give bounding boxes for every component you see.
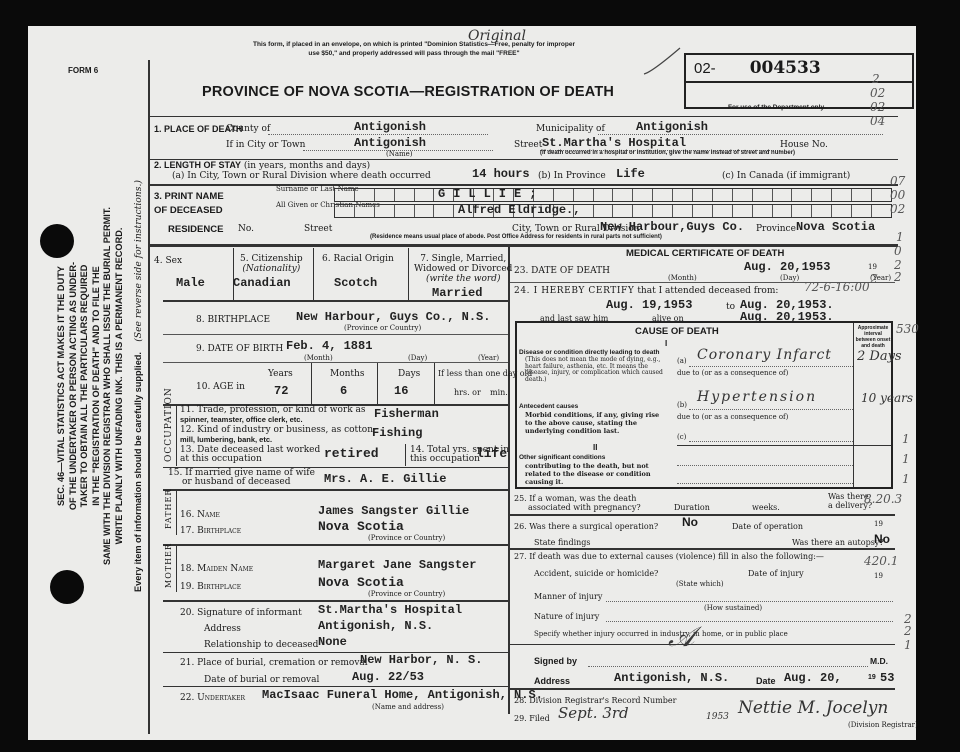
age-months-value: 6 — [340, 384, 347, 398]
residence-street-label: Street — [304, 224, 332, 234]
cause-b-value: Hypertension — [697, 389, 817, 405]
notice-line: IN THE "REGISTRATION OF DEATH" AND TO FI… — [91, 106, 103, 666]
spouse-label: 15. If married give name of wife or husb… — [168, 469, 315, 487]
margin-code: 02 — [870, 100, 885, 114]
margin-code: 1 — [902, 432, 910, 446]
notice-line: OF THE UNDERTAKER OR PERSON ACTING AS UN… — [68, 106, 80, 666]
father-birthplace-sub: (Province or Country) — [368, 534, 445, 542]
physician-signature: 𝒜 — [668, 620, 695, 654]
cause-a-line — [689, 366, 853, 367]
cell-divider — [233, 248, 234, 300]
antecedent-note: Morbid conditions, if any, giving rise t… — [525, 411, 667, 435]
notice-line: SEC. 46—VITAL STATISTICS ACT MAKES IT TH… — [56, 106, 68, 666]
citizenship-sub: (Nationality) — [240, 264, 303, 274]
dod-year-prefix: 19 — [868, 263, 877, 271]
surname-label: Surname or Last Name — [276, 186, 330, 193]
form-left-border — [148, 60, 150, 734]
divider — [148, 116, 898, 117]
given-names-label: All Given or Christian Names — [276, 202, 330, 209]
signature-date-value: Aug. 20, — [784, 671, 842, 685]
age-label: 10. AGE in — [196, 382, 245, 392]
hrs-label: hrs. or — [454, 388, 481, 397]
dob-value: Feb. 4, 1881 — [286, 339, 372, 353]
signature-address-label: Address — [534, 676, 570, 686]
divider — [163, 300, 508, 302]
burial-place-label: 21. Place of burial, cremation or remova… — [180, 658, 368, 668]
county-line — [268, 134, 488, 135]
residence-city-value: New Harbour,Guys Co. — [600, 220, 744, 234]
attended-from-value: Aug. 19,1953 — [606, 298, 692, 312]
stay-city-value: 14 hours — [472, 167, 530, 181]
surgical-operation-label: 26. Was there a surgical operation? — [514, 522, 658, 531]
informant-address-value: Antigonish, N.S. — [318, 619, 433, 633]
last-worked-label: 13. Date deceased last worked at this oc… — [180, 446, 320, 464]
cause-a-label: (a) — [677, 357, 687, 365]
marital-label-line: (write the word) — [414, 274, 512, 284]
burial-date-value: Aug. 22/53 — [352, 670, 424, 684]
length-of-stay-label: 2. LENGTH OF STAY — [154, 160, 241, 170]
occupation-section-label: OCCUPATION — [164, 387, 174, 462]
mother-maiden-label: 18. Maiden Name — [180, 564, 253, 574]
cause-of-death-box: CAUSE OF DEATH Approximate interval betw… — [515, 321, 893, 489]
operation-date-label: Date of operation — [732, 522, 803, 531]
margin-code: 07 — [890, 174, 905, 188]
cause-b-line — [689, 409, 853, 410]
duration-label: Duration — [674, 503, 710, 512]
racial-origin-label: 6. Racial Origin — [322, 254, 394, 264]
sex-label: 4. Sex — [154, 256, 182, 266]
divider — [148, 244, 898, 247]
marital-label-line: Widowed or Divorced — [414, 264, 512, 274]
house-no-label: House No. — [780, 140, 828, 150]
racial-origin-value: Scotch — [334, 276, 377, 290]
signature-date-label: Date — [756, 676, 776, 686]
residence-province-label: Province — [756, 224, 796, 234]
cause-b-label: (b) — [677, 401, 687, 409]
margin-code: 530 — [896, 322, 919, 336]
divider — [677, 445, 891, 446]
how-sustained-sub: (How sustained) — [704, 604, 762, 612]
divider — [163, 334, 508, 335]
external-causes-label: 27. If death was due to external causes … — [514, 552, 824, 561]
manner-line — [606, 601, 893, 602]
divider — [510, 688, 895, 690]
margin-code: 0 — [894, 244, 902, 258]
surname-value: GILLIE; — [438, 187, 544, 201]
antecedent-label: Antecedent causes — [519, 403, 578, 410]
envelope-notice-line: This form, if placed in an envelope, on … — [253, 40, 575, 49]
birthplace-sub: (Province or Country) — [344, 324, 421, 332]
cause-a-value: Coronary Infarct — [697, 347, 832, 363]
industry-label-line: 12. Kind of industry or business, as cot… — [180, 426, 376, 435]
margin-code: 2 — [872, 72, 880, 86]
certify-label: 24. I HEREBY CERTIFY that I attended dec… — [514, 286, 778, 296]
father-name-label: 16. Name — [180, 510, 220, 520]
filed-value: Sept. 3rd — [558, 704, 629, 722]
age-years-value: 72 — [274, 384, 288, 398]
marital-status-value: Married — [432, 286, 482, 300]
notice-instructions: (See reverse side for instructions.) — [133, 180, 144, 342]
county-value: Antigonish — [354, 120, 426, 134]
municipality-label: Municipality of — [536, 124, 605, 134]
stay-canada-label: (c) In Canada (if immigrant) — [722, 171, 850, 181]
injury-date-label: Date of injury — [748, 569, 804, 578]
father-name-value: James Sangster Gillie — [318, 504, 469, 518]
signed-by-label: Signed by — [534, 656, 577, 666]
margin-code: 02 — [890, 202, 905, 216]
county-label: County of — [226, 124, 270, 134]
registrar-sub: (Division Registrar) — [848, 721, 918, 729]
autopsy-label: Was there an autopsy? — [792, 538, 884, 547]
age-months-label: Months — [330, 369, 364, 379]
signature-address-value: Antigonish, N.S. — [614, 671, 729, 685]
father-birthplace-label: 17. Birthplace — [180, 526, 241, 536]
print-name-line: OF DECEASED — [154, 204, 224, 218]
print-name-line: 3. PRINT NAME — [154, 190, 224, 204]
spouse-label-line: or husband of deceased — [168, 478, 315, 487]
form-number: FORM 6 — [68, 66, 98, 75]
cell-divider — [405, 444, 406, 466]
residence-note: (Residence means usual place of abode. P… — [370, 234, 662, 240]
age-days-value: 16 — [394, 384, 408, 398]
md-label: M.D. — [870, 656, 888, 666]
last-worked-value: retired — [324, 446, 379, 461]
other-line-2 — [677, 483, 853, 484]
accident-label: Accident, suicide or homicide? — [534, 569, 658, 578]
street-note: (If death occurred in a hospital or inst… — [540, 150, 795, 156]
due-to-a-label: due to (or as a consequence of) — [677, 369, 788, 377]
filed-label: 29. Filed — [514, 714, 550, 723]
given-names-boxes — [334, 204, 892, 218]
city-sub-label: (Name) — [386, 150, 413, 158]
injury-place-label: Specify whether injury occurred in indus… — [534, 630, 788, 638]
signature-year-prefix: 19 — [868, 674, 876, 681]
other-conditions-note: contributing to the death, but not relat… — [525, 462, 667, 486]
divider — [148, 184, 898, 186]
municipality-line — [598, 134, 883, 135]
stay-province-value: Life — [616, 167, 645, 181]
cell-divider — [377, 363, 378, 405]
marital-status-label: 7. Single, Married, Widowed or Divorced … — [414, 254, 512, 284]
margin-code: 2 — [894, 270, 902, 284]
date-of-death-label: 23. DATE OF DEATH — [514, 266, 610, 276]
certify-label-text: that I attended deceased from: — [637, 286, 778, 296]
margin-code: 00 — [890, 188, 905, 202]
state-which-sub: (State which) — [676, 580, 724, 588]
spouse-value: Mrs. A. E. Gillie — [324, 472, 446, 486]
length-of-stay-note: (in years, months and days) — [244, 161, 370, 171]
department-only-label: For use of the Department only — [728, 104, 824, 111]
city-value: Antigonish — [354, 136, 426, 150]
sex-value: Male — [176, 276, 205, 290]
mother-maiden-value: Margaret Jane Sangster — [318, 558, 476, 572]
weeks-label: weeks. — [752, 503, 780, 512]
dob-label: 9. DATE OF BIRTH — [196, 344, 283, 354]
margin-code: 2 — [904, 624, 912, 638]
cause-c-line — [689, 441, 853, 442]
direct-cause-label: Disease or condition directly leading to… — [519, 349, 660, 356]
informant-signature-label: 20. Signature of informant — [180, 608, 302, 618]
section-i-label: I — [665, 339, 667, 348]
divider — [163, 489, 508, 491]
citizenship-label-text: 5. Citizenship — [240, 254, 303, 264]
signed-by-line — [588, 666, 868, 667]
pregnancy-label-line: associated with pregnancy? — [514, 503, 641, 512]
cell-divider — [313, 248, 314, 300]
notice-footer: Every item of information should be care… — [133, 352, 143, 592]
certify-label-bold: 24. I HEREBY CERTIFY — [514, 286, 634, 296]
given-names-value: Alfred Eldridge., — [458, 203, 580, 217]
divider — [163, 362, 508, 363]
cell-divider — [311, 363, 312, 405]
due-to-b-label: due to (or as a consequence of) — [677, 413, 788, 421]
section-divider — [176, 546, 177, 592]
mother-section-label: MOTHER — [164, 543, 173, 588]
dod-day-sub: (Day) — [780, 274, 799, 282]
registrar-signature: Nettie M. Jocelyn — [738, 698, 888, 718]
nature-of-injury-label: Nature of injury — [534, 612, 599, 621]
interval-header: Approximate interval between onset and d… — [855, 325, 891, 349]
residence-label: RESIDENCE — [168, 224, 223, 235]
margin-code: 420.1 — [864, 554, 898, 568]
divider — [163, 544, 508, 546]
margin-code: 1 — [904, 638, 912, 652]
notice-line: TAKER TO OBTAIN ALL THE PARTICULARS REQU… — [79, 106, 91, 666]
street-label: Street — [514, 140, 542, 150]
relationship-label: Relationship to deceased — [204, 640, 318, 650]
medical-certificate-title: MEDICAL CERTIFICATE OF DEATH — [626, 248, 784, 259]
margin-code: 1 — [896, 230, 904, 244]
last-worked-line: at this occupation — [180, 455, 320, 464]
undertaker-label: 22. Undertaker — [180, 693, 245, 703]
date-of-death-value: Aug. 20,1953 — [744, 260, 830, 274]
pregnancy-label: 25. If a woman, was the death associated… — [514, 494, 641, 512]
citizenship-value: Canadian — [233, 276, 291, 290]
margin-code: 1 — [902, 472, 910, 486]
margin-code: 8.20.3 — [864, 492, 902, 506]
trade-label-line: spinner, teamster, office clerk, etc. — [180, 415, 366, 424]
section-ii-label: II — [593, 443, 597, 452]
handwritten-original: Original — [468, 28, 526, 44]
manner-of-injury-label: Manner of injury — [534, 592, 602, 601]
informant-address-label: Address — [204, 624, 241, 634]
trade-value: Fisherman — [374, 407, 439, 421]
city-label: If in City or Town — [226, 140, 305, 150]
envelope-notice-line: use $50," and properly addressed will pa… — [253, 49, 575, 58]
cause-of-death-title: CAUSE OF DEATH — [635, 326, 719, 337]
surname-boxes — [334, 188, 892, 202]
municipality-value: Antigonish — [636, 120, 708, 134]
direct-cause-note: (This does not mean the mode of dying, e… — [525, 357, 667, 383]
section-divider — [176, 406, 177, 466]
undertaker-value: MacIsaac Funeral Home, Antigonish, N.S. — [262, 688, 543, 702]
stay-city-label: (a) In City, Town or Rural Division wher… — [172, 171, 431, 181]
interval-divider — [853, 323, 854, 487]
findings-label: State findings — [534, 538, 591, 547]
margin-code: 2 — [870, 272, 878, 286]
notice-line: SAME WITH THE DIVISION REGISTRAR WHO SHA… — [102, 106, 114, 666]
autopsy-value: No — [874, 532, 890, 546]
age-days-label: Days — [398, 369, 420, 379]
mother-birthplace-sub: (Province or Country) — [368, 590, 445, 598]
margin-code: 02 — [870, 86, 885, 100]
death-registration-form: FORM 6 SEC. 46—VITAL STATISTICS ACT MAKE… — [28, 26, 916, 740]
form-title: PROVINCE OF NOVA SCOTIA—REGISTRATION OF … — [202, 84, 614, 100]
divider — [510, 548, 895, 550]
dob-month-sub: (Month) — [304, 354, 333, 362]
registration-number: 004533 — [750, 58, 821, 78]
stay-province-label: (b) In Province — [538, 171, 606, 181]
other-line-1 — [677, 465, 853, 466]
checkmark-icon — [642, 46, 682, 76]
divider — [510, 644, 895, 645]
margin-code: 72-6-16:00 — [804, 280, 870, 294]
other-conditions-label: Other significant conditions — [519, 454, 605, 461]
mother-birthplace-label: 19. Birthplace — [180, 582, 241, 592]
signature-year: 53 — [880, 671, 894, 685]
industry-label: 12. Kind of industry or business, as cot… — [180, 426, 376, 444]
residence-no-label: No. — [238, 224, 254, 234]
industry-label-line: mill, lumbering, bank, etc. — [180, 435, 376, 444]
marital-label-line: 7. Single, Married, — [414, 254, 512, 264]
print-name-label: 3. PRINT NAME OF DECEASED — [154, 190, 224, 218]
min-label: min. — [490, 388, 508, 397]
burial-place-value: New Harbor, N. S. — [360, 653, 482, 667]
residence-province-value: Nova Scotia — [796, 220, 875, 234]
informant-signature-value: St.Martha's Hospital — [318, 603, 462, 617]
injury-year-prefix: 19 — [874, 572, 883, 580]
street-value: St.Martha's Hospital — [542, 136, 686, 150]
margin-code: 1 — [902, 452, 910, 466]
burial-date-label: Date of burial or removal — [204, 675, 319, 685]
nature-line — [606, 621, 893, 622]
section-divider — [176, 491, 177, 535]
mother-birthplace-value: Nova Scotia — [318, 575, 404, 590]
registration-prefix: 02- — [694, 60, 716, 77]
cause-b-interval: 10 years — [861, 391, 913, 405]
divider — [510, 514, 895, 516]
dob-year-sub: (Year) — [478, 354, 499, 362]
length-of-stay-heading: 2. LENGTH OF STAY (in years, months and … — [154, 160, 370, 171]
notice-line: WRITE PLAINLY WITH UNFADING INK. THIS IS… — [114, 106, 126, 666]
trade-label-line: 11. Trade, profession, or kind of work a… — [180, 406, 366, 415]
divider — [163, 600, 508, 602]
dob-day-sub: (Day) — [408, 354, 427, 362]
birthplace-value: New Harbour, Guys Co., N.S. — [296, 310, 490, 324]
divider — [163, 686, 508, 687]
cause-c-label: (c) — [677, 433, 686, 441]
cell-divider — [434, 363, 435, 405]
cell-divider — [408, 248, 409, 300]
years-spent-value: life — [476, 446, 507, 461]
citizenship-label: 5. Citizenship(Nationality) — [240, 254, 303, 274]
pregnancy-label-line: 25. If a woman, was the death — [514, 494, 641, 503]
envelope-notice: This form, if placed in an envelope, on … — [253, 40, 575, 58]
margin-code: 04 — [870, 114, 885, 128]
attended-to-label: to — [726, 302, 735, 312]
birthplace-label: 8. BIRTHPLACE — [196, 315, 270, 325]
relationship-value: None — [318, 635, 347, 649]
dod-month-sub: (Month) — [668, 274, 697, 282]
operation-year-prefix: 19 — [874, 520, 883, 528]
age-years-label: Years — [268, 369, 293, 379]
cause-a-interval: 2 Days — [857, 349, 902, 364]
trade-label: 11. Trade, profession, or kind of work a… — [180, 406, 366, 424]
undertaker-sub: (Name and address) — [372, 703, 444, 711]
father-section-label: FATHER — [164, 489, 173, 529]
filed-year: 1953 — [706, 712, 729, 722]
surgical-operation-value: No — [682, 515, 698, 529]
industry-value: Fishing — [372, 426, 422, 440]
father-birthplace-value: Nova Scotia — [318, 519, 404, 534]
